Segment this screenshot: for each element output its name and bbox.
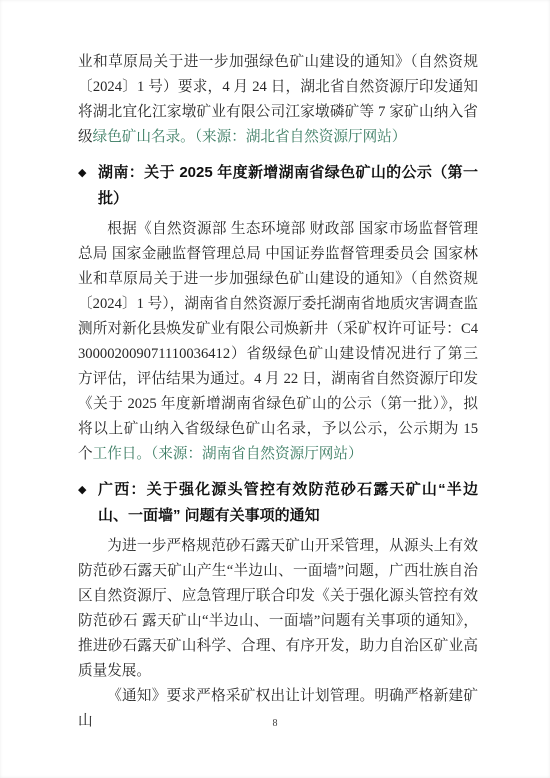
paragraph-text: 为进一步严格规范砂石露天矿山开采管理，从源头上有效防范砂石露天矿山产生“半边山、… bbox=[78, 538, 478, 679]
page-content: 业和草原局关于进一步加强绿色矿山建设的通知》（自然资规〔2024〕1 号）要求，… bbox=[78, 50, 478, 734]
section-heading-guangxi: ◆ 广西：关于强化源头管控有效防范砂石露天矿山“半边山、一面墙” 问题有关事项的… bbox=[78, 477, 478, 529]
paragraph-hubei-continued: 业和草原局关于进一步加强绿色矿山建设的通知》（自然资规〔2024〕1 号）要求，… bbox=[78, 50, 478, 150]
page-number: 8 bbox=[0, 718, 550, 729]
source-attribution-hunan: 工作日。（来源：湖南省自然资源厅网站） bbox=[93, 446, 363, 462]
paragraph-guangxi-intro: 为进一步严格规范砂石露天矿山开采管理，从源头上有效防范砂石露天矿山产生“半边山、… bbox=[78, 534, 478, 684]
diamond-bullet-icon: ◆ bbox=[78, 160, 98, 212]
diamond-bullet-icon: ◆ bbox=[78, 477, 98, 529]
paragraph-hunan: 根据《自然资源部 生态环境部 财政部 国家市场监督管理总局 国家金融监督管理总局… bbox=[78, 217, 478, 467]
section-heading-hunan: ◆ 湖南：关于 2025 年度新增湖南省绿色矿山的公示（第一批） bbox=[78, 160, 478, 212]
source-attribution-hubei: 绿色矿山名录。（来源：湖北省自然资源厅网站） bbox=[93, 129, 407, 145]
document-page: 业和草原局关于进一步加强绿色矿山建设的通知》（自然资规〔2024〕1 号）要求，… bbox=[0, 0, 550, 778]
paragraph-text: 根据《自然资源部 生态环境部 财政部 国家市场监督管理总局 国家金融监督管理总局… bbox=[78, 221, 478, 462]
heading-text-guangxi: 广西：关于强化源头管控有效防范砂石露天矿山“半边山、一面墙” 问题有关事项的通知 bbox=[98, 477, 478, 529]
heading-text-hunan: 湖南：关于 2025 年度新增湖南省绿色矿山的公示（第一批） bbox=[98, 160, 478, 212]
